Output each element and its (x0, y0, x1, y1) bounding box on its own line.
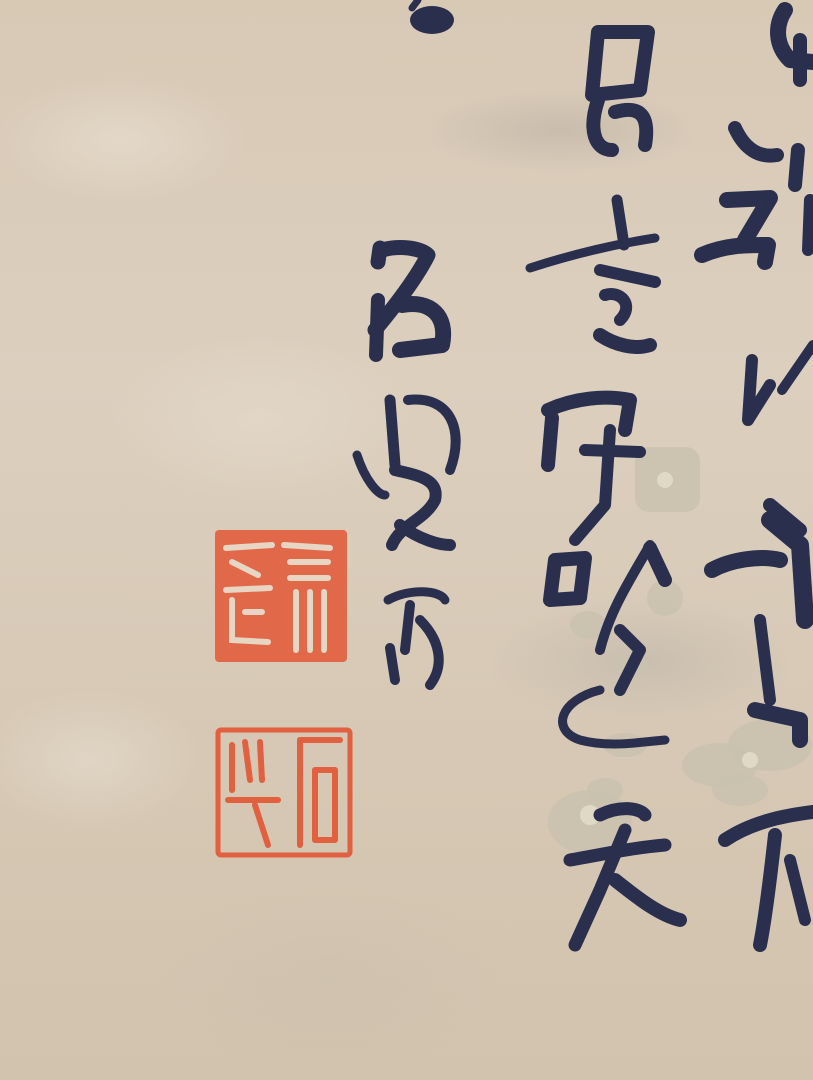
top-stroke-fragment (410, 0, 454, 34)
column-right (702, 10, 813, 945)
seal-upper (215, 530, 347, 662)
seal-lower (218, 730, 350, 855)
signature-column (357, 248, 456, 685)
calligraphy-artwork (0, 0, 813, 1080)
